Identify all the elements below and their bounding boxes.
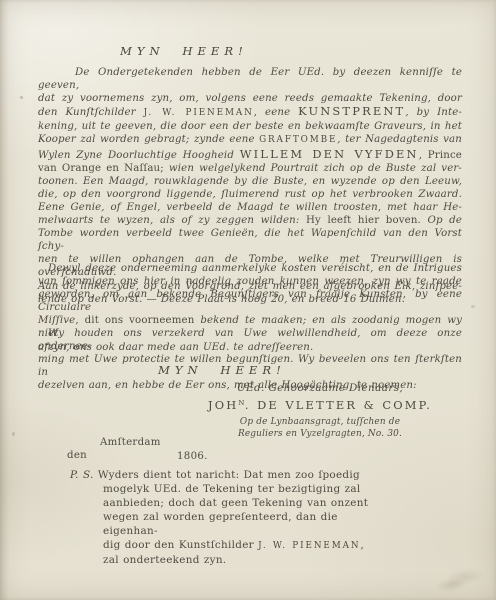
- text-line: Tombe worden verbeeld twee Genieën, die …: [38, 227, 462, 253]
- text-line: dig door den Kunstſchilder J. W. PIENEMA…: [103, 538, 385, 553]
- text-segment: geworden, om aan bekende Begunſtigers va…: [38, 289, 462, 313]
- dateline-den: den: [67, 450, 87, 461]
- text-line: van Orange en Naſſau; wien welgelykend P…: [38, 162, 462, 175]
- text-segment: . DE VLETTER & COMP.: [245, 398, 432, 412]
- text-segment: aanbieden; doch dat geen Tekening van on…: [103, 497, 368, 509]
- valediction-line: UEd. Gehoorzaame Dienaars,: [170, 382, 470, 394]
- postscript-block: P. S. Wyders dient tot naricht: Dat men …: [70, 468, 385, 567]
- text-line: Wylen Zyne Doorluchtige Hoogheid WILLEM …: [38, 148, 462, 162]
- salutation-heading-mid: MYN HEER!: [158, 363, 286, 377]
- text-line: wegen zal worden gepreſenteerd, dan die …: [103, 510, 385, 538]
- text-segment: Wyders dient tot naricht: Dat men zoo ſp…: [98, 469, 360, 481]
- text-line: Eene Genie, of Engel, verbeeld de Maagd …: [38, 201, 462, 214]
- text-line: mogelyk UEd. de Tekening ter bezigtiging…: [103, 482, 385, 496]
- text-line: melwaarts te wyzen, als of zy zeggen wil…: [38, 214, 462, 227]
- text-segment: P. S.: [70, 469, 98, 481]
- text-line: aanbieden; doch dat geen Tekening van on…: [103, 496, 385, 510]
- text-segment: Dewyl deeze onderneeming aanmerkelyke ko…: [48, 263, 462, 274]
- text-segment: mogelyk UEd. de Tekening ter bezigtiging…: [103, 483, 361, 495]
- text-line: De Ondergetekenden hebben de Eer UEd. by…: [38, 66, 462, 92]
- paper-speck: [471, 305, 475, 308]
- text-segment: Tombe worden verbeeld twee Genieën, die …: [38, 228, 462, 252]
- letter-page: MYN HEER! De Ondergetekenden hebben de E…: [0, 0, 496, 600]
- paper-speck: [12, 432, 15, 436]
- paper-edge-shading: [0, 0, 9, 600]
- text-segment: kening, uit te geeven, die door een der …: [38, 121, 462, 132]
- text-segment: die, op den voorgrond liggende, ſluimere…: [38, 189, 462, 200]
- pencil-inscription-smudge: [426, 562, 488, 600]
- signature-block: UEd. Gehoorzaame Dienaars, JOHN. DE VLET…: [170, 382, 470, 440]
- text-line: zal onderteekend zyn.: [103, 553, 385, 567]
- text-segment: melwaarts te wyzen, als of zy zeggen wil…: [38, 215, 306, 226]
- text-segment: zal onderteekend zyn.: [103, 554, 226, 566]
- text-line: P. S. Wyders dient tot naricht: Dat men …: [70, 468, 385, 482]
- text-segment: J. W. PIENEMAN: [144, 108, 254, 118]
- text-segment: WILLEM DEN VYFDEN: [240, 147, 419, 161]
- text-segment: wien welgelykend Pourtrait zich op de Bu…: [169, 163, 462, 174]
- text-segment: Wylen Zyne Doorluchtige Hoogheid: [38, 150, 240, 161]
- text-segment: den Kunſtſchilder: [38, 107, 144, 118]
- text-line: Wy houden ons verzekerd van Uwe welwille…: [38, 327, 462, 353]
- text-segment: toonen. Een Maagd, rouwklagende by die B…: [38, 176, 462, 187]
- company-address-line-1: Op de Lynbaansgragt, tuſſchen de: [170, 417, 470, 429]
- text-segment: GRAFTOMBE: [259, 135, 337, 145]
- text-line: van ſommigen ons hier in nadeelig zouden…: [38, 275, 462, 288]
- text-line: Kooper zal worden gebragt; zynde eene GR…: [38, 133, 462, 147]
- dateline-city: Amſterdam: [100, 437, 161, 448]
- text-segment: dit ons voorneemen: [85, 315, 201, 326]
- text-line: den Kunſtſchilder J. W. PIENEMAN, eene K…: [38, 105, 462, 120]
- text-line: die, op den voorgrond liggende, ſluimere…: [38, 188, 462, 201]
- text-segment: Op de: [427, 215, 462, 226]
- text-segment: De Ondergetekenden hebben de Eer UEd. by…: [38, 67, 462, 91]
- text-segment: wegen zal worden gepreſenteerd, dan die …: [103, 511, 338, 537]
- text-segment: , Prince: [419, 150, 462, 161]
- text-segment: , by Inte-: [405, 107, 462, 118]
- text-segment: dat zy voornemens zyn, om, volgens eene …: [38, 93, 462, 104]
- text-segment: JOH: [208, 398, 238, 412]
- dateline-year: 1806.: [177, 451, 208, 462]
- text-segment: dig door den Kunstſchilder: [103, 539, 258, 551]
- text-segment: Miſſive,: [38, 315, 85, 326]
- text-line: kening, uit te geeven, die door een der …: [38, 120, 462, 133]
- text-segment: ,: [361, 539, 365, 551]
- paper-speck: [20, 96, 23, 99]
- company-address-line-2: Reguliers en Vyzelgragten, No. 30.: [170, 429, 470, 441]
- text-segment: , eene: [254, 107, 298, 118]
- text-segment: Kooper zal worden gebragt; zynde eene: [38, 134, 259, 145]
- text-segment: Eene Genie, of Engel, verbeeld de Maagd …: [38, 202, 462, 213]
- text-line: geworden, om aan bekende Begunſtigers va…: [38, 288, 462, 314]
- text-segment: van Orange en Naſſau;: [38, 163, 169, 174]
- company-name-line: JOHN. DE VLETTER & COMP.: [170, 397, 470, 413]
- text-segment: J. W. PIENEMAN: [258, 541, 360, 551]
- text-line: JOHN. DE VLETTER & COMP.: [170, 397, 470, 413]
- text-line: Dewyl deeze onderneeming aanmerkelyke ko…: [38, 262, 462, 275]
- text-segment: Wy houden ons verzekerd van Uwe welwille…: [38, 328, 462, 352]
- salutation-heading-top: MYN HEER!: [120, 44, 248, 58]
- text-segment: van ſommigen ons hier in nadeelig zouden…: [38, 276, 462, 287]
- text-segment: Hy leeft hier boven.: [306, 215, 427, 226]
- text-line: toonen. Een Maagd, rouwklagende by die B…: [38, 175, 462, 188]
- text-segment: , ter Nagedagtenis van: [337, 134, 462, 145]
- text-segment: KUNSTPRENT: [298, 104, 405, 118]
